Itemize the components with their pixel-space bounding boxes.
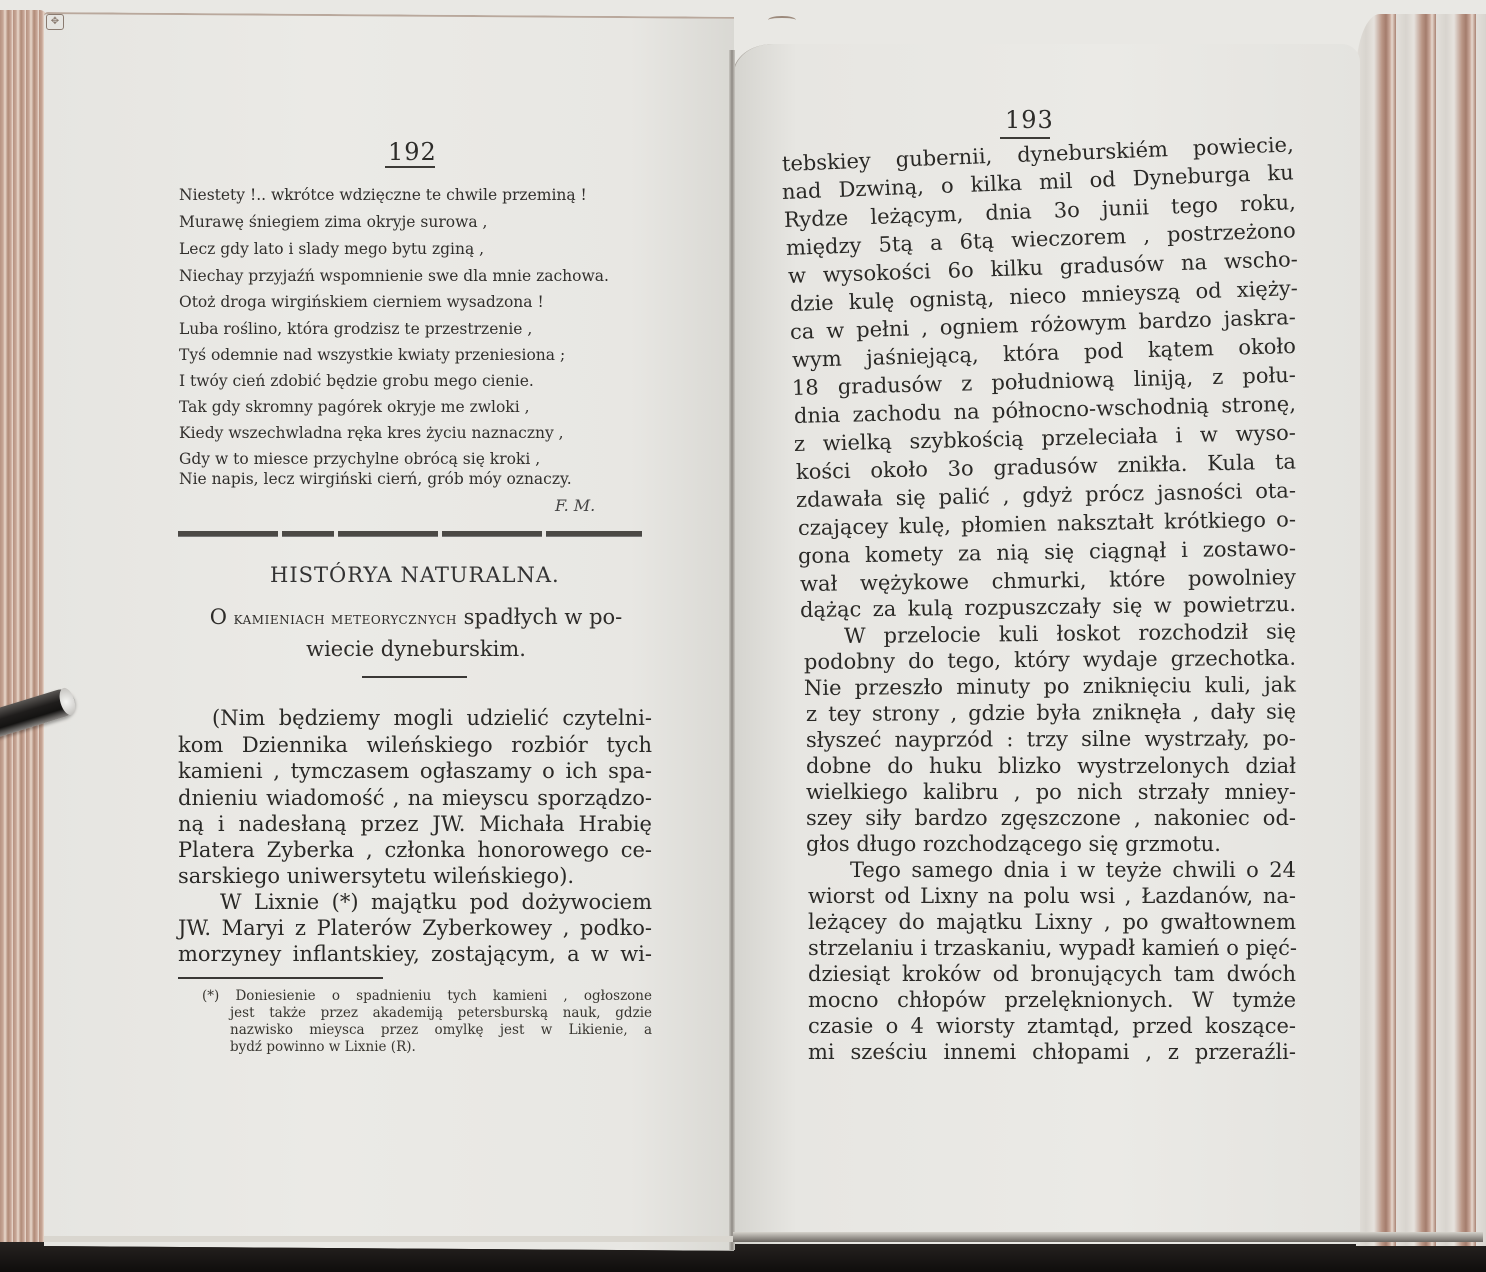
footnote-rule bbox=[178, 977, 383, 979]
prose-line: wiorst od Lixny na polu wsi , Łazdanów, … bbox=[808, 884, 1296, 908]
prose-line: wielkiego kalibru , po nich strzały mnie… bbox=[806, 780, 1296, 804]
section-divider-ornament bbox=[178, 531, 656, 539]
page-number-rule bbox=[1000, 137, 1050, 139]
corner-stamp-icon: ✥ bbox=[46, 14, 64, 30]
verse-line: I twóy cień zdobić będzie grobu mego cie… bbox=[179, 372, 534, 390]
article-title-initial: O bbox=[210, 605, 227, 629]
prose-line: Platera Zyberka , członka honorowego ce- bbox=[178, 838, 652, 862]
prose-line: kom Dziennika wileńskiego rozbiór tych bbox=[178, 733, 652, 757]
prose-line: Nie przeszło minuty po zniknięciu kuli, … bbox=[804, 673, 1296, 700]
verse-line: Niestety !.. wkrótce wdzięczne te chwile… bbox=[179, 186, 587, 204]
title-rule bbox=[362, 676, 467, 678]
verse-line: Niechay przyjaźń wspomnienie swe dla mni… bbox=[179, 267, 609, 285]
footnote-line: (*) Doniesienie o spadnieniu tych kamien… bbox=[202, 988, 652, 1004]
verse-line: Luba roślino, która grodzisz te przestrz… bbox=[179, 320, 532, 338]
prose-line: leżącey do majątku Lixny , po gwałtownem bbox=[808, 910, 1296, 934]
verse-line: Lecz gdy lato i slady mego bytu zginą , bbox=[179, 240, 484, 258]
verse-line: Murawę śniegiem zima okryje surowa , bbox=[179, 213, 487, 231]
prose-line: ną i nadesłaną przez JW. Michała Hrabię bbox=[178, 812, 652, 836]
footnote-line: bydź powinno w Lixnie (R). bbox=[230, 1039, 490, 1055]
left-page-bottom-edge bbox=[44, 1236, 734, 1242]
verse-line: Gdy w to miesce przychylne obrócą się kr… bbox=[179, 450, 540, 468]
prose-line: morzyney inflantskiey, zostającym, a w w… bbox=[178, 942, 652, 966]
bookmark-thread-icon bbox=[768, 16, 796, 24]
verse-line: Otoż droga wirgińskiem cierniem wysadzon… bbox=[179, 293, 544, 311]
footnote-line: jest także przez akademiją petersburską … bbox=[230, 1005, 652, 1021]
verse-line: Tak gdy skromny pagórek okryje me zwloki… bbox=[179, 398, 530, 416]
prose-line: sarskiego uniwersytetu wileńskiego). bbox=[178, 864, 578, 888]
verse-line: Tyś odemnie nad wszystkie kwiaty przenie… bbox=[179, 346, 565, 364]
prose-line: dziesiąt kroków od bronujących tam dwóch bbox=[808, 962, 1296, 986]
prose-line: dobne do huku blizko wystrzelonych dział bbox=[806, 754, 1296, 778]
right-page-edges bbox=[1356, 14, 1486, 1246]
prose-line: podobny do tego, który wydaje grzechotka… bbox=[804, 646, 1296, 674]
prose-line: głos długo rozchodzącego się grzmotu. bbox=[806, 832, 1166, 856]
article-title: O kamieniach meteorycznych spadłych w po… bbox=[178, 602, 654, 664]
prose-line: W Lixnie (*) majątku pod dożywociem bbox=[220, 890, 652, 914]
left-page-edges bbox=[0, 10, 46, 1242]
prose-line: mocno chłopów przelęknionych. W tymże bbox=[808, 988, 1296, 1012]
footnote-line: nazwisko mieysca przez omylkę jest w Lik… bbox=[230, 1022, 652, 1038]
prose-line: szey siły bardzo zgęszczone , nakoniec o… bbox=[806, 806, 1296, 830]
section-title: HISTÓRYA NATURALNA. bbox=[270, 563, 560, 587]
prose-line: czasie o 4 wiorsty ztamtąd, przed kosząc… bbox=[808, 1014, 1296, 1038]
prose-line: JW. Maryi z Platerów Zyberkowey , podko- bbox=[178, 916, 652, 940]
prose-line: słyszeć nayprzód : trzy silne wystrzały,… bbox=[806, 726, 1296, 752]
verse-line: Kiedy wszechwladna ręka kres życiu nazna… bbox=[179, 424, 564, 442]
page-number-rule bbox=[385, 166, 435, 168]
page-number-left: 192 bbox=[388, 138, 437, 166]
verse-line: Nie napis, lecz wirgiński cierń, grób mó… bbox=[179, 470, 572, 488]
prose-line: kamieni , tymczasem ogłaszamy o ich spa- bbox=[178, 759, 652, 783]
article-title-caps: kamieniach meteorycznych bbox=[234, 609, 457, 629]
prose-line: Tego samego dnia i w teyże chwili o 24 bbox=[850, 858, 1296, 882]
prose-line: mi sześciu innemi chłopami , z przeraźli… bbox=[808, 1040, 1296, 1064]
prose-line: W przelocie kuli łoskot rozchodził się bbox=[844, 619, 1296, 648]
right-page-bottom-edge bbox=[733, 1232, 1483, 1242]
prose-line: z tey strony , gdzie była zniknęła , dał… bbox=[806, 699, 1296, 726]
article-title-line2: wiecie dyneburskim. bbox=[306, 637, 526, 661]
prose-line: (Nim będziemy mogli udzielić czytelni- bbox=[212, 706, 652, 730]
book-gutter bbox=[729, 50, 735, 1250]
prose-line: strzelaniu i trzaskaniu, wypadł kamień o… bbox=[808, 936, 1296, 960]
article-title-rest: spadłych w po- bbox=[457, 605, 622, 629]
poem-signature: F. M. bbox=[555, 496, 595, 515]
prose-line: dnieniu wiadomość , na mieyscu sporządzo… bbox=[178, 786, 652, 810]
page-number-right: 193 bbox=[1005, 106, 1054, 134]
